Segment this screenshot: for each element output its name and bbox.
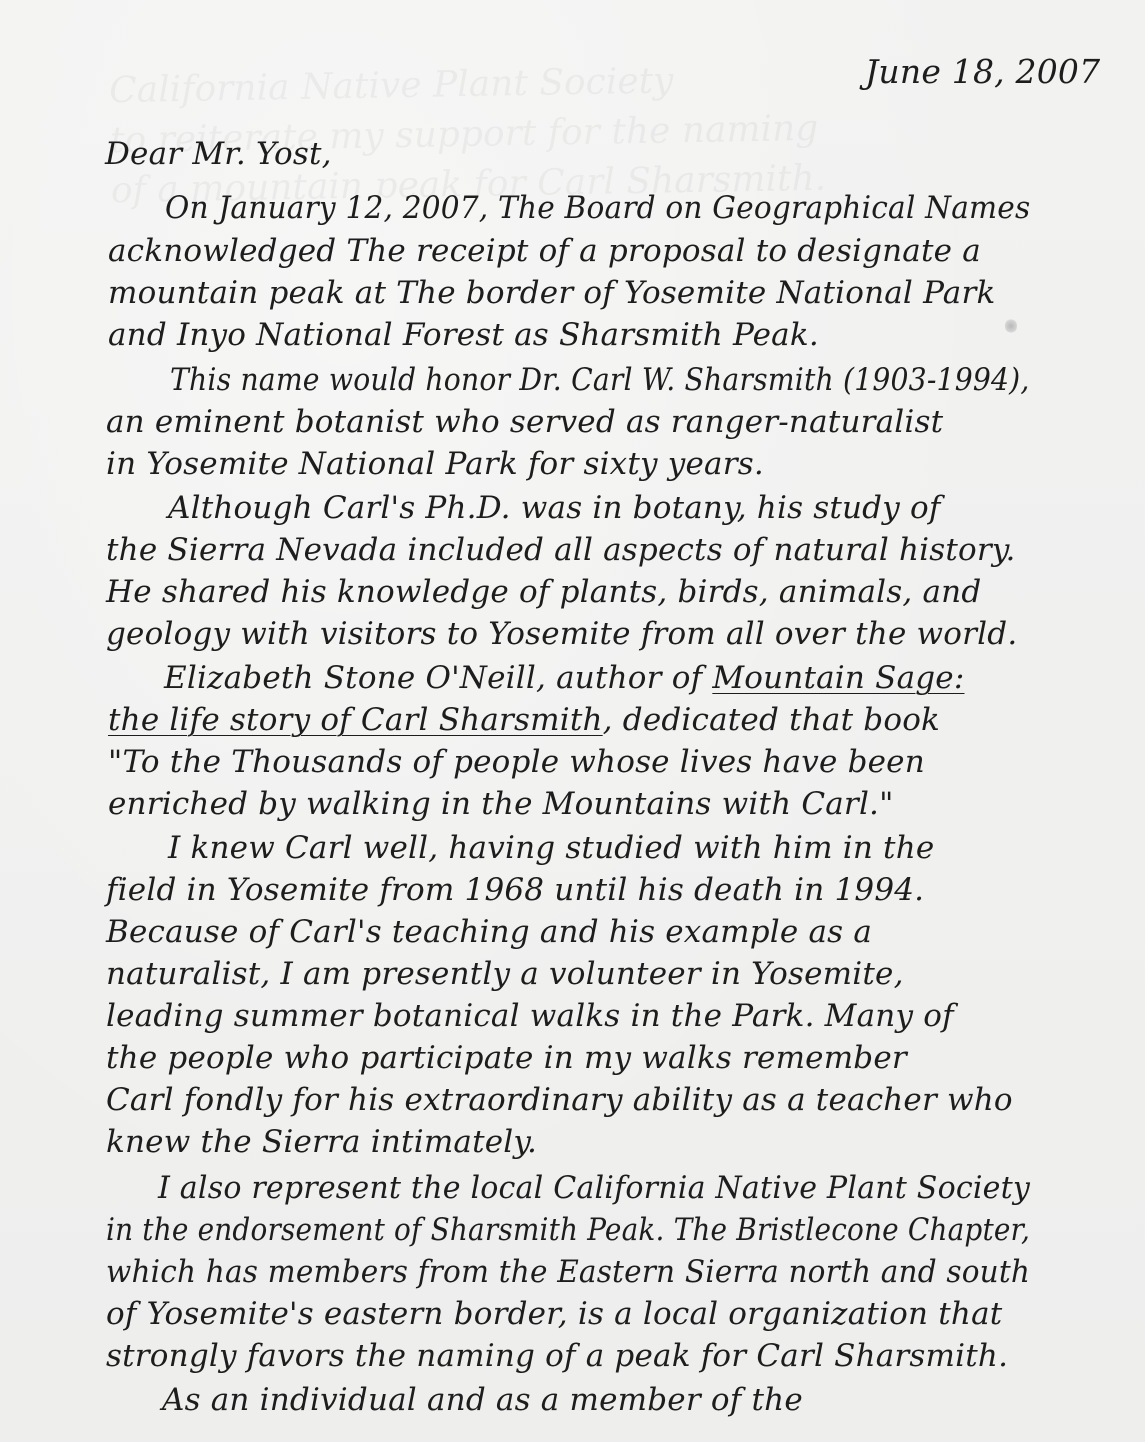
- letter-line: naturalist, I am presently a volunteer i…: [106, 956, 904, 992]
- letter-line: field in Yosemite from 1968 until his de…: [106, 872, 924, 908]
- letter-line: I knew Carl well, having studied with hi…: [168, 830, 934, 866]
- letter-line: Because of Carl's teaching and his examp…: [106, 914, 872, 950]
- letter-line: which has members from the Eastern Sierr…: [106, 1254, 1030, 1290]
- letter-line: "To the Thousands of people whose lives …: [108, 744, 925, 780]
- letter-line: Although Carl's Ph.D. was in botany, his…: [168, 490, 941, 526]
- letter-salutation: Dear Mr. Yost,: [105, 136, 332, 172]
- letter-line: and Inyo National Forest as Sharsmith Pe…: [108, 317, 819, 353]
- letter-line: As an individual and as a member of the: [162, 1382, 803, 1418]
- letter-line: He shared his knowledge of plants, birds…: [106, 574, 981, 610]
- letter-line: geology with visitors to Yosemite from a…: [106, 616, 1017, 652]
- letter-line: strongly favors the naming of a peak for…: [106, 1338, 1008, 1374]
- letter-line: knew the Sierra intimately.: [106, 1124, 537, 1160]
- letter-line: in Yosemite National Park for sixty year…: [106, 446, 764, 482]
- letter-line: Elizabeth Stone O'Neill, author of Mount…: [164, 660, 965, 696]
- letter-line: of Yosemite's eastern border, is a local…: [106, 1296, 1002, 1332]
- letter-line: mountain peak at The border of Yosemite …: [108, 275, 995, 311]
- letter-line: in the endorsement of Sharsmith Peak. Th…: [106, 1212, 1030, 1248]
- letter-line: acknowledged The receipt of a proposal t…: [108, 233, 981, 269]
- letter-line: an eminent botanist who served as ranger…: [106, 404, 943, 440]
- letter-text: , dedicated that book: [603, 702, 940, 738]
- letter-line: the life story of Carl Sharsmith, dedica…: [108, 702, 940, 738]
- letter-line: enriched by walking in the Mountains wit…: [108, 786, 894, 822]
- letter-date: June 18, 2007: [865, 52, 1100, 91]
- book-title: Mountain Sage:: [712, 660, 964, 696]
- letter-line: the people who participate in my walks r…: [106, 1040, 907, 1076]
- letter-text: Elizabeth Stone O'Neill, author of: [164, 660, 702, 696]
- letter-line: On January 12, 2007, The Board on Geogra…: [165, 190, 1030, 226]
- letter-line: This name would honor Dr. Carl W. Sharsm…: [170, 362, 1030, 398]
- letter-line: leading summer botanical walks in the Pa…: [106, 998, 954, 1034]
- letter-line: I also represent the local California Na…: [158, 1170, 1030, 1206]
- letter-line: Carl fondly for his extraordinary abilit…: [106, 1082, 1013, 1118]
- book-subtitle: the life story of Carl Sharsmith: [108, 702, 603, 738]
- letter-line: the Sierra Nevada included all aspects o…: [106, 532, 1016, 568]
- paper-speck: [1005, 318, 1017, 334]
